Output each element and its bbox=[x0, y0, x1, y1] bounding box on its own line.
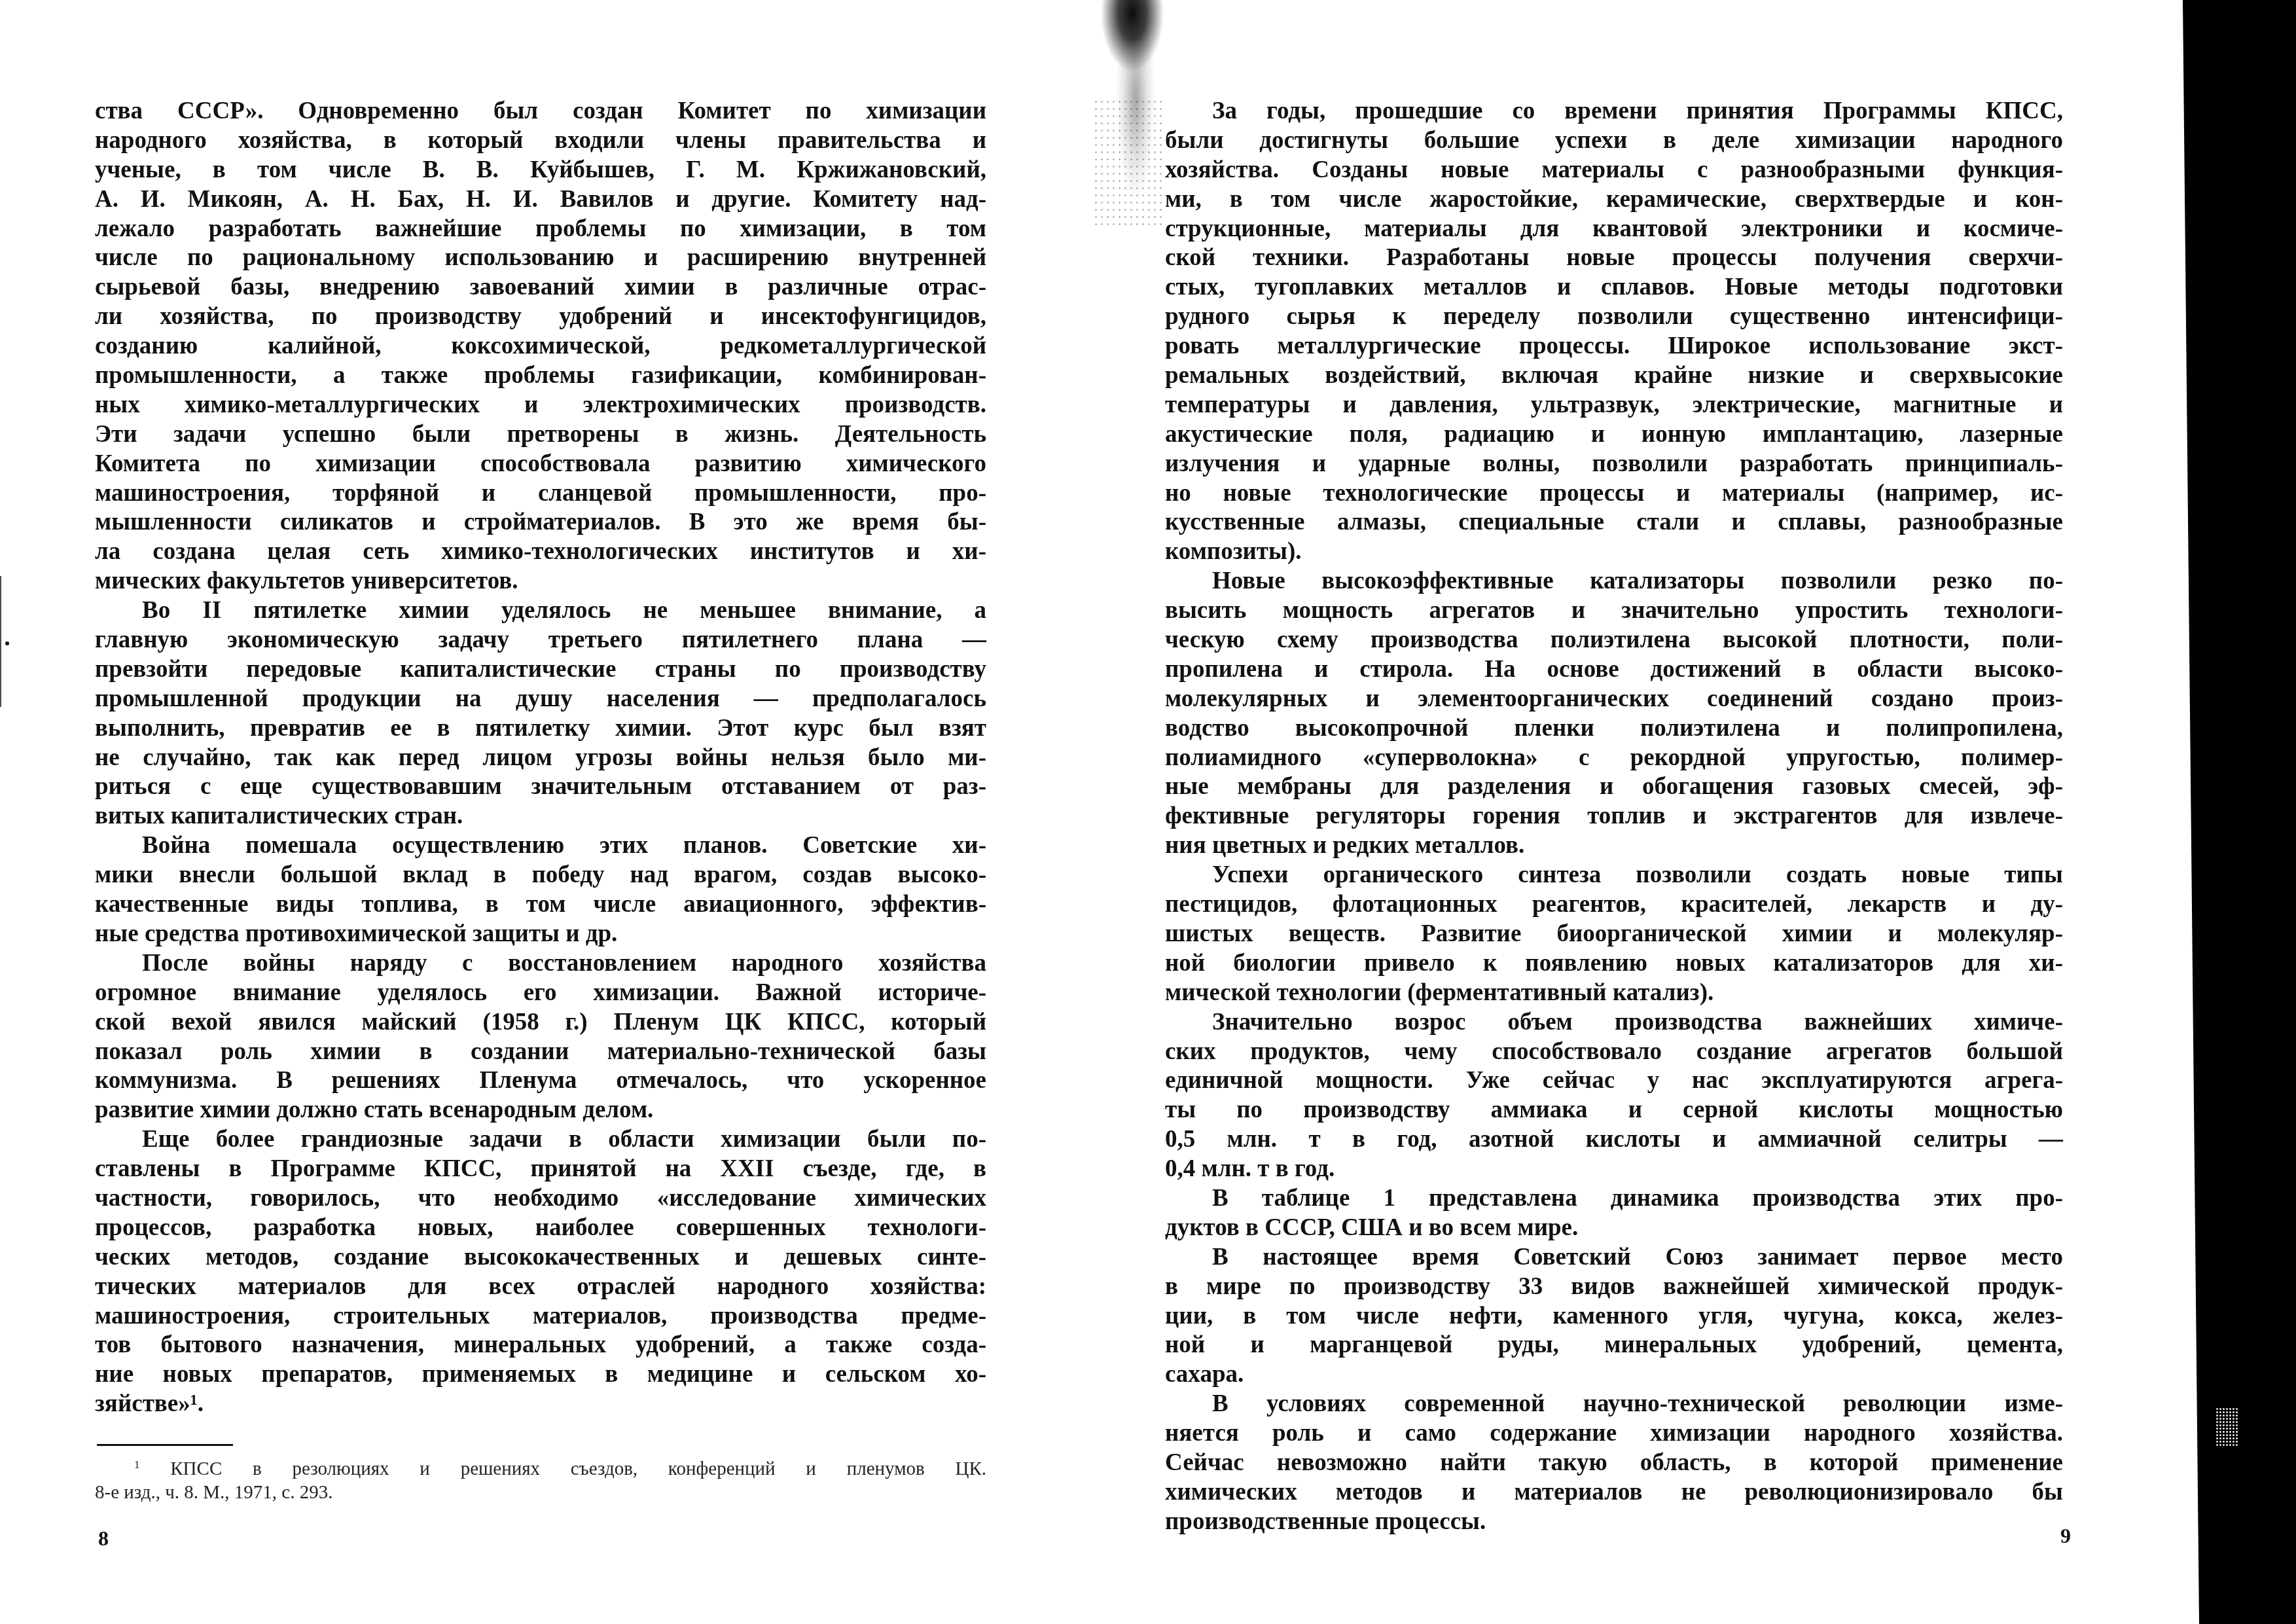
footnote-line-2: 8-е изд., ч. 8. М., 1971, с. 293. bbox=[95, 1479, 986, 1507]
text-line: Успехи органического синтеза позволили с… bbox=[1165, 861, 2063, 890]
scan-left-edge-line bbox=[0, 576, 1, 707]
text-line: ной и марганцевой руды, минеральных удоб… bbox=[1165, 1331, 2063, 1360]
text-line: высить мощность агрегатов и значительно … bbox=[1165, 596, 2063, 626]
text-line: ли хозяйства, по производству удобрений … bbox=[95, 302, 986, 332]
text-line: тических материалов для всех отраслей на… bbox=[95, 1272, 986, 1302]
footnote: 1 КПСС в резолюциях и решениях съездов, … bbox=[95, 1451, 986, 1507]
text-line: превзойти передовые капиталистические ст… bbox=[95, 655, 986, 685]
text-line: машиностроения, торфяной и сланцевой про… bbox=[95, 479, 986, 509]
text-line: ства СССР». Одновременно был создан Коми… bbox=[95, 97, 986, 126]
text-line: акустические поля, радиацию и ионную имп… bbox=[1165, 420, 2063, 450]
footnote-marker: 1 bbox=[134, 1458, 140, 1471]
text-line: риться с еще существовавшим значительным… bbox=[95, 772, 986, 802]
book-spread: ства СССР». Одновременно был создан Коми… bbox=[0, 0, 2296, 1624]
text-line: Во II пятилетке химии уделялось не меньш… bbox=[95, 596, 986, 626]
text-line: но новые технологические процессы и мате… bbox=[1165, 479, 2063, 509]
text-line: В условиях современной научно-техническо… bbox=[1165, 1390, 2063, 1419]
text-line: народного хозяйства, в который входили ч… bbox=[95, 126, 986, 156]
text-line: ные средства противохимической защиты и … bbox=[95, 920, 986, 949]
text-line: Сейчас невозможно найти такую область, в… bbox=[1165, 1449, 2063, 1478]
text-line: ты по производству аммиака и серной кисл… bbox=[1165, 1096, 2063, 1125]
text-line: кусственные алмазы, специальные стали и … bbox=[1165, 508, 2063, 537]
text-line: ные мембраны для разделения и обогащения… bbox=[1165, 772, 2063, 802]
text-line: Война помешала осуществлению этих планов… bbox=[95, 831, 986, 861]
text-line: ми, в том числе жаростойкие, керамически… bbox=[1165, 185, 2063, 215]
text-line: ской техники. Разработаны новые процессы… bbox=[1165, 244, 2063, 273]
page-number-left: 8 bbox=[98, 1526, 109, 1551]
text-line: промышленной продукции на душу населения… bbox=[95, 685, 986, 714]
text-line: ческих методов, создание высококачествен… bbox=[95, 1243, 986, 1272]
text-line: единичной мощности. Уже сейчас у нас экс… bbox=[1165, 1066, 2063, 1096]
text-line: дуктов в СССР, США и во всем мире. bbox=[1165, 1214, 2063, 1243]
text-line: мических факультетов университетов. bbox=[95, 567, 986, 596]
text-line: температуры и давления, ультразвук, элек… bbox=[1165, 391, 2063, 420]
text-line: в мире по производству 33 видов важнейше… bbox=[1165, 1272, 2063, 1302]
text-line: ческую схему производства полиэтилена вы… bbox=[1165, 626, 2063, 655]
text-line: ставлены в Программе КПСС, принятой на X… bbox=[95, 1155, 986, 1184]
footnote-line-1: 1 КПСС в резолюциях и решениях съездов, … bbox=[95, 1451, 986, 1479]
text-line: молекулярных и элементоорганических соед… bbox=[1165, 685, 2063, 714]
text-line: фективные регуляторы горения топлив и эк… bbox=[1165, 802, 2063, 831]
text-line: качественные виды топлива, в том числе а… bbox=[95, 890, 986, 920]
text-line: лежало разработать важнейшие проблемы по… bbox=[95, 215, 986, 244]
text-line: После войны наряду с восстановлением нар… bbox=[95, 949, 986, 979]
text-line: Значительно возрос объем производства ва… bbox=[1165, 1008, 2063, 1038]
text-line: тов бытового назначения, минеральных удо… bbox=[95, 1331, 986, 1360]
text-line: В настоящее время Советский Союз занимае… bbox=[1165, 1243, 2063, 1272]
text-line: коммунизма. В решениях Пленума отмечалос… bbox=[95, 1066, 986, 1096]
text-line: А. И. Микоян, А. Н. Бах, Н. И. Вавилов и… bbox=[95, 185, 986, 215]
text-line: водство высокопрочной пленки полиэтилена… bbox=[1165, 714, 2063, 744]
left-page-body: ства СССР». Одновременно был создан Коми… bbox=[95, 97, 986, 1419]
text-line: ской вехой явился майский (1958 г.) Плен… bbox=[95, 1008, 986, 1038]
text-line: рудного сырья к переделу позволили сущес… bbox=[1165, 302, 2063, 332]
text-line: были достигнуты большие успехи в деле хи… bbox=[1165, 126, 2063, 156]
text-line: В таблице 1 представлена динамика произв… bbox=[1165, 1184, 2063, 1214]
text-line: ремальных воздействий, включая крайне ни… bbox=[1165, 361, 2063, 391]
text-line: За годы, прошедшие со времени принятия П… bbox=[1165, 97, 2063, 126]
text-line: химических методов и материалов не револ… bbox=[1165, 1478, 2063, 1507]
text-line: излучения и ударные волны, позволили раз… bbox=[1165, 450, 2063, 479]
text-line: сахара. bbox=[1165, 1360, 2063, 1390]
text-line: ции, в том числе нефти, каменного угля, … bbox=[1165, 1302, 2063, 1331]
text-line: шистых веществ. Развитие биоорганической… bbox=[1165, 920, 2063, 949]
gutter-speckle bbox=[1093, 98, 1165, 229]
scan-margin-dot bbox=[5, 641, 9, 645]
text-line: Комитета по химизации способствовала раз… bbox=[95, 450, 986, 479]
text-line: мической технологии (ферментативный ката… bbox=[1165, 979, 2063, 1008]
scan-right-edge-shadow bbox=[2181, 0, 2296, 1624]
text-line: ских продуктов, чему способствовало созд… bbox=[1165, 1038, 2063, 1067]
text-line: ровать металлургические процессы. Широко… bbox=[1165, 332, 2063, 361]
text-line: ния цветных и редких металлов. bbox=[1165, 831, 2063, 861]
text-line: 0,5 млн. т в год, азотной кислоты и амми… bbox=[1165, 1125, 2063, 1155]
text-line: ние новых препаратов, применяемых в меди… bbox=[95, 1360, 986, 1390]
text-line: зяйстве»¹. bbox=[95, 1390, 986, 1419]
text-line: числе по рациональному использованию и р… bbox=[95, 244, 986, 273]
text-line: выполнить, превратив ее в пятилетку хими… bbox=[95, 714, 986, 744]
footnote-rule bbox=[97, 1444, 233, 1446]
text-line: показал роль химии в создании материальн… bbox=[95, 1038, 986, 1067]
text-line: няется роль и само содержание химизации … bbox=[1165, 1419, 2063, 1449]
text-line: Новые высокоэффективные катализаторы поз… bbox=[1165, 567, 2063, 596]
text-line: ной биологии привело к появлению новых к… bbox=[1165, 949, 2063, 979]
text-line: машиностроения, строительных материалов,… bbox=[95, 1302, 986, 1331]
text-line: частности, говорилось, что необходимо «и… bbox=[95, 1184, 986, 1214]
text-line: созданию калийной, коксохимической, редк… bbox=[95, 332, 986, 361]
text-line: сырьевой базы, внедрению завоеваний хими… bbox=[95, 273, 986, 302]
text-line: не случайно, так как перед лицом угрозы … bbox=[95, 744, 986, 773]
text-line: процессов, разработка новых, наиболее со… bbox=[95, 1214, 986, 1243]
page-number-right: 9 bbox=[2060, 1524, 2071, 1548]
text-line: стых, тугоплавких металлов и сплавов. Но… bbox=[1165, 273, 2063, 302]
text-line: пестицидов, флотационных реагентов, крас… bbox=[1165, 890, 2063, 920]
text-line: Еще более грандиозные задачи в области х… bbox=[95, 1125, 986, 1155]
text-line: пропилена и стирола. На основе достижени… bbox=[1165, 655, 2063, 685]
right-page-body: За годы, прошедшие со времени принятия П… bbox=[1165, 97, 2063, 1537]
text-line: Эти задачи успешно были претворены в жиз… bbox=[95, 420, 986, 450]
text-line: производственные процессы. bbox=[1165, 1507, 2063, 1537]
text-line: 0,4 млн. т в год. bbox=[1165, 1155, 2063, 1184]
text-line: промышленности, а также проблемы газифик… bbox=[95, 361, 986, 391]
text-line: хозяйства. Созданы новые материалы с раз… bbox=[1165, 156, 2063, 185]
text-line: огромное внимание уделялось его химизаци… bbox=[95, 979, 986, 1008]
text-line: ла создана целая сеть химико-технологиче… bbox=[95, 537, 986, 567]
text-line: развитие химии должно стать всенародным … bbox=[95, 1096, 986, 1125]
text-line: полиамидного «суперволокна» с рекордной … bbox=[1165, 744, 2063, 773]
text-line: струкционные, материалы для квантовой эл… bbox=[1165, 215, 2063, 244]
text-line: мики внесли большой вклад в победу над в… bbox=[95, 861, 986, 890]
footnote-text-1: КПСС в резолюциях и решениях съездов, ко… bbox=[170, 1458, 986, 1479]
text-line: композиты). bbox=[1165, 537, 2063, 567]
text-line: ученые, в том числе В. В. Куйбышев, Г. М… bbox=[95, 156, 986, 185]
text-line: витых капиталистических стран. bbox=[95, 802, 986, 831]
text-line: мышленности силикатов и стройматериалов.… bbox=[95, 508, 986, 537]
scan-edge-speckle bbox=[2215, 1407, 2238, 1447]
text-line: главную экономическую задачу третьего пя… bbox=[95, 626, 986, 655]
text-line: ных химико-металлургических и электрохим… bbox=[95, 391, 986, 420]
